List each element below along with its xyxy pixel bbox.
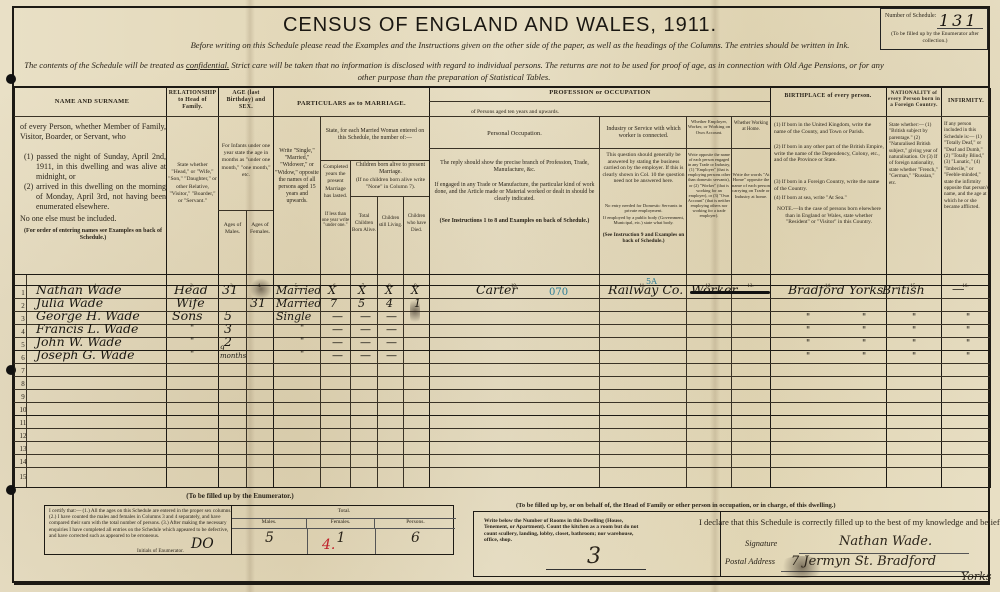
birthplace-ditto: " — [862, 326, 866, 336]
children-living: 4 — [386, 297, 393, 310]
col-infirmity-desc: If any person included in this Schedule … — [944, 121, 989, 211]
children-living: — — [386, 336, 397, 349]
males-header: Males. — [232, 518, 307, 528]
col-birthplace-desc2: (2) If born in any other part of the Bri… — [774, 144, 884, 164]
enumerator-initials-label: Initials of Enumerator. — [137, 548, 184, 554]
head-of-family-title: (To be filled up by, or on behalf of, th… — [516, 502, 836, 509]
col-marriage-condition-desc: Write "Single," "Married," "Widower," or… — [275, 148, 319, 206]
col-infirmity-title: INFIRMITY. — [942, 98, 990, 105]
birthplace-ditto: " — [862, 339, 866, 349]
total-males: 5 — [232, 530, 307, 546]
col-industry-desc3: If employed by a public body (Government… — [602, 215, 685, 226]
col-age-desc: For Infants under one year state the age… — [220, 143, 272, 179]
declaration-text: I declare that this Schedule is correctl… — [699, 517, 1000, 527]
children-born: — — [360, 310, 371, 323]
totals-header: Total. — [232, 508, 456, 514]
row-number: 11 — [16, 419, 30, 427]
schedule-number-note: (To be filled up by the Enumerator after… — [885, 31, 985, 45]
col-personal-occupation: Personal Occupation. — [430, 130, 599, 137]
birthplace-ditto: " — [806, 313, 810, 323]
children-born: — — [360, 336, 371, 349]
col-industry-desc4: (See Instruction 9 and Examples on back … — [602, 232, 685, 244]
relationship-ditto: " — [190, 324, 194, 334]
children-living: — — [386, 310, 397, 323]
col-marriage-years: Completed years the present Marriage has… — [321, 164, 350, 200]
birthplace-ditto: " — [806, 352, 810, 362]
children-born: 5 — [358, 297, 365, 310]
infirmity: — — [952, 281, 965, 296]
marriage-years: 7 — [330, 297, 337, 310]
nationality-ditto: " — [912, 339, 916, 349]
children-living: X — [385, 284, 393, 297]
col-birthplace-desc4: (4) If born at sea, write "At Sea." — [774, 195, 884, 202]
row-number: 4 — [16, 328, 30, 336]
schedule-number-box: Number of Schedule: 131 (To be filled up… — [880, 8, 988, 50]
signature-value: Nathan Wade. — [839, 534, 932, 549]
col-personal-desc3: (See Instructions 1 to 8 and Examples on… — [432, 218, 597, 225]
row-number: 5 — [16, 341, 30, 349]
infirmity-ditto: " — [966, 339, 970, 349]
birthplace-ditto: " — [862, 352, 866, 362]
enumerator-initials-value: DO — [191, 536, 214, 552]
census-table: NAME AND SURNAME of every Person, whethe… — [14, 88, 990, 488]
birthplace: Bradford Yorks — [788, 282, 883, 297]
marital-condition: Married — [276, 297, 321, 310]
red-annotation: 4. — [322, 537, 335, 553]
col-birthplace-desc3: (3) If born in a Foreign Country, write … — [774, 179, 884, 192]
col-number: 16. — [941, 284, 990, 289]
total-females: 1 — [307, 530, 375, 546]
row-number: 14 — [16, 458, 30, 466]
personal-occupation: Carter — [476, 282, 517, 297]
birthplace-ditto: " — [806, 326, 810, 336]
totals-box: Total. Males. Females. Persons. 5 1 6 — [231, 506, 455, 554]
col-marriage-children: Children born alive to present Marriage. — [352, 162, 429, 176]
nationality-ditto: " — [912, 352, 916, 362]
col-occupation-subtitle: of Persons aged ten years and upwards. — [430, 109, 600, 116]
col-name-desc-3: No one else must be included. — [20, 213, 166, 224]
relationship-ditto: " — [190, 350, 194, 360]
marital-condition: Single — [276, 310, 311, 323]
birthplace-ditto: " — [862, 313, 866, 323]
col-birthplace-title: BIRTHPLACE of every person. — [772, 93, 884, 100]
marriage-years: — — [332, 323, 343, 336]
col-industry-desc2: No entry needed for Domestic Servants in… — [602, 203, 685, 214]
total-persons: 6 — [375, 530, 456, 546]
marriage-years: — — [332, 310, 343, 323]
col-name-desc-1: (1) passed the night of Sunday, April 2n… — [20, 152, 166, 182]
row-number: 9 — [16, 393, 30, 401]
rooms-instruction: Write below the Number of Rooms in this … — [484, 518, 644, 544]
col-age-females: Ages of Females. — [247, 222, 273, 236]
col-relationship-desc: State whether "Head," or "Wife," "Son," … — [168, 162, 217, 205]
age-male: 31 — [222, 282, 238, 297]
instruction-line: Before writing on this Schedule please r… — [140, 40, 900, 50]
females-header: Females. — [307, 518, 375, 528]
col-name-desc-2: (2) arrived in this dwelling on the morn… — [20, 182, 166, 212]
infirmity-ditto: " — [966, 352, 970, 362]
col-age-title: AGE (last Birthday) and SEX. — [220, 90, 272, 112]
col-home-desc: Write the words "At Home" opposite the n… — [732, 172, 770, 199]
marriage-years: X — [328, 284, 336, 297]
row-number: 6 — [16, 354, 30, 362]
address-label: Postal Address — [725, 557, 775, 566]
col-name-desc-intro: of every Person, whether Member of Famil… — [20, 122, 166, 142]
birthplace-ditto: " — [806, 339, 810, 349]
row-number: 7 — [16, 367, 30, 375]
signature-label: Signature — [745, 539, 777, 548]
rooms-value: 3 — [587, 544, 601, 569]
col-marriage-children-note: (If no children born alive write "None" … — [352, 177, 429, 191]
person-name: Joseph G. Wade — [36, 347, 134, 362]
marital-condition: Married — [276, 284, 321, 297]
col-employer: Whether Employer, Worker, or Working on … — [687, 119, 731, 135]
ink-stain — [410, 296, 420, 326]
col-marriage-title: PARTICULARS as to MARRIAGE. — [274, 100, 429, 107]
ink-stain — [250, 278, 272, 300]
occupation-code: 070 — [549, 287, 568, 298]
col-industry-desc1: This question should generally be answer… — [602, 152, 685, 185]
infirmity-ditto: " — [966, 313, 970, 323]
col-marriage-years-note: If less than one year write "under one." — [321, 212, 350, 229]
confidentiality-notice: The contents of the Schedule will be tre… — [24, 59, 884, 83]
document-title: CENSUS OF ENGLAND AND WALES, 1911. — [0, 14, 1000, 37]
census-document: CENSUS OF ENGLAND AND WALES, 1911. Befor… — [0, 0, 1000, 592]
declaration-box: I declare that this Schedule is correctl… — [721, 511, 990, 577]
condition-ditto: " — [300, 324, 304, 334]
col-home: Whether Working at Home. — [732, 121, 770, 132]
employment-status: Worker — [691, 282, 737, 297]
ink-stain — [777, 556, 827, 578]
children-born: — — [360, 323, 371, 336]
col-name-title: NAME AND SURNAME — [22, 98, 162, 105]
rooms-box: Write below the Number of Rooms in this … — [473, 511, 721, 577]
children-born: — — [360, 349, 371, 362]
row-number: 12 — [16, 432, 30, 440]
row-number: 15 — [16, 473, 30, 481]
children-living: — — [386, 323, 397, 336]
col-employer-desc: Write opposite the name of each person e… — [687, 152, 731, 218]
col-nationality-desc: State whether:— (1) "British subject by … — [889, 122, 940, 186]
strikethrough — [690, 291, 770, 294]
punch-hole — [6, 74, 16, 84]
children-living: — — [386, 349, 397, 362]
col-birthplace-note: NOTE.—In the case of persons born elsewh… — [774, 206, 884, 226]
col-nationality-title: NATIONALITY of every Person born in a Fo… — [887, 90, 941, 109]
relationship: Sons — [172, 308, 203, 323]
row-number: 1 — [16, 289, 30, 297]
col-industry: Industry or Service with which worker is… — [601, 126, 686, 140]
enumerator-title: (To be filled up by the Enumerator.) — [14, 492, 466, 500]
row-number: 10 — [16, 406, 30, 414]
marriage-years: — — [332, 349, 343, 362]
row-number: 13 — [16, 445, 30, 453]
col-personal-desc1: The reply should show the precise branch… — [432, 160, 597, 174]
nationality: British — [882, 282, 925, 297]
row-number: 2 — [16, 302, 30, 310]
col-birthplace-desc1: (1) If born in the United Kingdom, write… — [774, 122, 884, 135]
age-male-months: 9 months — [220, 346, 244, 360]
nationality-ditto: " — [912, 313, 916, 323]
persons-header: Persons. — [375, 518, 456, 528]
marriage-years: — — [332, 336, 343, 349]
industry-code: 5A — [646, 277, 657, 286]
col-died: Children who have Died. — [404, 213, 429, 235]
infirmity-ditto: " — [966, 326, 970, 336]
col-occupation-title: PROFESSION or OCCUPATION — [430, 89, 770, 96]
col-name-desc-4: (For order of entering names see Example… — [20, 228, 166, 242]
row-number: 3 — [16, 315, 30, 323]
col-total-born: Total Children Born Alive. — [351, 213, 377, 235]
enumerator-section: (To be filled up by the Enumerator.) I c… — [14, 488, 466, 576]
relationship-ditto: " — [190, 337, 194, 347]
enumerator-certify-text: I certify that:— (1.) All the ages on th… — [49, 508, 234, 539]
col-living: Children still Living. — [378, 215, 403, 229]
enumerator-certification-box: I certify that:— (1.) All the ages on th… — [44, 505, 454, 555]
nationality-ditto: " — [912, 326, 916, 336]
children-born: X — [358, 284, 366, 297]
address-value-county: Yorks — [961, 570, 992, 583]
row-number: 8 — [16, 380, 30, 388]
col-marriage-woman: State, for each Married Woman entered on… — [322, 128, 428, 142]
col-age-males: Ages of Males. — [219, 222, 246, 236]
col-personal-desc2: If engaged in any Trade or Manufacture, … — [432, 182, 597, 204]
col-relationship-title: RELATIONSHIP to Head of Family. — [167, 90, 218, 112]
condition-ditto: " — [300, 350, 304, 360]
condition-ditto: " — [300, 337, 304, 347]
